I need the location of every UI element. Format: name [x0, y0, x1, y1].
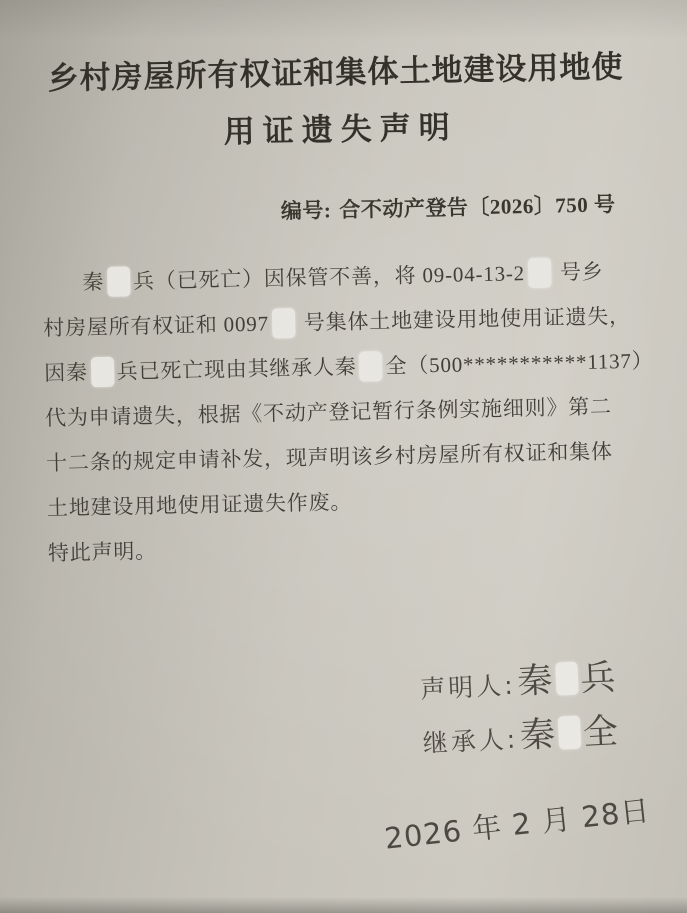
document-title: 乡村房屋所有权证和集体土地建设用地使 用证遗失声明 — [0, 37, 681, 165]
declarant-signature-row: 声明人: 秦兵 — [419, 650, 619, 713]
document-number-value: 合不动产登告〔2026〕750 号 — [339, 192, 616, 222]
heir-signature-row: 继承人: 秦全 — [421, 704, 621, 767]
document-photo: 乡村房屋所有权证和集体土地建设用地使 用证遗失声明 编号:合不动产登告〔2026… — [0, 0, 687, 913]
document-number: 编号:合不动产登告〔2026〕750 号 — [281, 188, 616, 225]
body-text: 因秦 — [44, 360, 88, 385]
closing-text: 特此声明。 — [48, 539, 157, 565]
document-number-label: 编号: — [281, 198, 332, 223]
heir-label: 继承人: — [422, 720, 519, 760]
body-text: 兵已死亡现由其继承人秦 — [117, 355, 357, 384]
body-text: 号集体土地建设用地使用证遗失， — [298, 304, 631, 335]
body-text: 秦 — [82, 270, 104, 294]
body-text: 号乡 — [554, 260, 604, 285]
redaction-box — [359, 351, 383, 381]
signature-block: 声明人: 秦兵 继承人: 秦全 — [419, 650, 621, 767]
body-text: 十二条的规定申请补发，现声明该乡村房屋所有权证和集体 — [46, 439, 613, 475]
heir-name: 秦全 — [519, 704, 621, 759]
redaction-box — [556, 661, 580, 695]
redaction-box — [107, 267, 131, 297]
heir-given-name: 全 — [582, 712, 621, 754]
body-text: 兵（已死亡）因保管不善，将 09-04-13-2 — [133, 261, 525, 293]
declarant-given-name: 兵 — [580, 658, 619, 700]
declaration-sheet: 乡村房屋所有权证和集体土地建设用地使 用证遗失声明 编号:合不动产登告〔2026… — [0, 0, 687, 913]
redaction-box — [272, 308, 296, 338]
document-body: 秦兵（已死亡）因保管不善，将 09-04-13-2 号乡 村房屋所有权证和 00… — [42, 249, 650, 577]
body-text: 全（500***********1137） — [385, 348, 653, 378]
declarant-name: 秦兵 — [516, 650, 618, 705]
redaction-box — [90, 357, 114, 387]
declarant-label: 声明人: — [419, 666, 516, 706]
redaction-box — [528, 258, 552, 288]
body-text: 村房屋所有权证和 0097 — [43, 312, 269, 341]
document-date: 2026 年 2 月 28日 — [382, 788, 652, 858]
body-text: 代为申请遗失，根据《不动产登记暂行条例实施细则》第二 — [45, 394, 612, 430]
redaction-box — [558, 715, 582, 749]
body-text: 土地建设用地使用证遗失作废。 — [47, 490, 353, 520]
declarant-surname: 秦 — [517, 661, 556, 703]
heir-surname: 秦 — [519, 715, 558, 757]
